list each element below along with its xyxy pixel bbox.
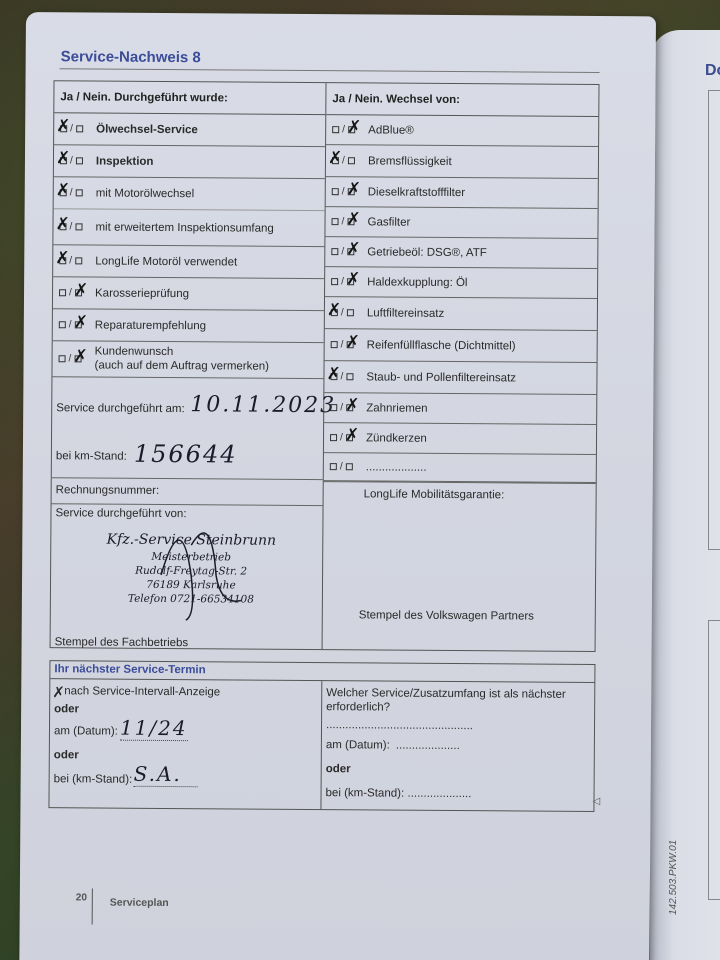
ja-nein-checkboxes: /✗ xyxy=(58,187,96,198)
left-checklist-row: /✗mit Motorölwechsel xyxy=(54,177,325,211)
ja-checkmark-icon: ✗ xyxy=(326,366,340,383)
nein-checkbox[interactable] xyxy=(346,373,353,380)
stamp-line-4: 76189 Karlsruhe xyxy=(91,578,291,594)
stamp-line-3: Rudolf-Freytag-Str. 2 xyxy=(91,564,291,580)
ja-nein-checkboxes: /✗ xyxy=(329,307,367,318)
nein-checkbox[interactable] xyxy=(76,157,83,164)
right-page-title: Do xyxy=(705,62,720,80)
right-column-header: Ja / Nein. Wechsel von: xyxy=(326,83,598,117)
nein-checkmark-icon: ✗ xyxy=(74,314,88,331)
stamp-line-5: Telefon 0721-66534108 xyxy=(91,592,291,608)
nein-checkmark-icon: ✗ xyxy=(346,241,360,258)
left-item-label: Ölwechsel-Service xyxy=(96,123,198,136)
or-label-1: oder xyxy=(54,703,79,715)
ja-nein-checkboxes: /✗ xyxy=(57,353,95,364)
next-date-label: am (Datum): xyxy=(54,725,118,737)
nein-checkbox[interactable] xyxy=(347,309,354,316)
right-checklist-row: /✗Reifenfüllflasche (Dichtmittel) xyxy=(325,329,597,363)
stamp-line-2: Meisterbetrieb xyxy=(91,549,291,565)
slash-separator: / xyxy=(340,461,343,472)
page-turn-triangle-icon: ◁ xyxy=(592,796,600,807)
next-service-section: Ihr nächster Service-Termin ✗ nach Servi… xyxy=(48,660,595,812)
ja-nein-checkboxes: /✗ xyxy=(57,221,95,232)
slash-separator: / xyxy=(340,432,343,443)
slash-separator: / xyxy=(341,246,344,257)
ja-nein-checkboxes: /✗ xyxy=(330,124,368,135)
nein-checkbox[interactable] xyxy=(346,463,353,470)
slash-separator: / xyxy=(340,371,343,382)
right-date-label: am (Datum): xyxy=(326,739,390,751)
left-checklist-row: /✗mit erweitertem Inspektionsumfang xyxy=(53,209,324,247)
ja-checkmark-icon: ✗ xyxy=(327,302,341,319)
nein-checkmark-icon: ✗ xyxy=(74,348,88,365)
slash-separator: / xyxy=(342,124,345,135)
right-item-label: Getriebeöl: DSG®, ATF xyxy=(367,246,487,259)
nein-checkmark-icon: ✗ xyxy=(347,181,361,198)
left-checklist-row: /✗Reparaturempfehlung xyxy=(53,309,324,343)
nein-checkmark-icon: ✗ xyxy=(346,271,360,288)
right-page: Do 142.503.PKW.01 xyxy=(650,30,720,960)
left-checklist-row: /✗Inspektion xyxy=(54,145,325,179)
next-service-dots[interactable]: ........................................… xyxy=(326,719,473,732)
guarantee-label: LongLife Mobilitätsgarantie: xyxy=(364,488,505,501)
ja-nein-checkboxes: / xyxy=(328,461,366,472)
left-checklist-row: /✗Ölwechsel-Service xyxy=(54,113,325,147)
right-km-label: bei (km-Stand): xyxy=(326,787,405,800)
km-label: bei km-Stand: xyxy=(56,450,127,462)
page-title: Service-Nachweis 8 xyxy=(61,48,201,66)
performed-by-block: Service durchgeführt von: Kfz.-Service S… xyxy=(51,504,323,652)
slash-separator: / xyxy=(69,255,72,266)
right-checklist-row: /✗Staub- und Pollenfiltereinsatz xyxy=(324,361,596,395)
nein-checkmark-icon: ✗ xyxy=(345,427,359,444)
right-checklist-row: /✗Luftfiltereinsatz xyxy=(325,297,597,331)
ja-checkbox[interactable] xyxy=(331,248,338,255)
right-checklist-row: /✗AdBlue® xyxy=(326,115,598,147)
left-column: Ja / Nein. Durchgeführt wurde: /✗Ölwechs… xyxy=(51,81,327,649)
right-km-field[interactable]: .................... xyxy=(408,788,472,800)
right-checklist-row: /✗Zahnriemen xyxy=(324,393,596,425)
ja-checkbox[interactable] xyxy=(332,188,339,195)
slash-separator: / xyxy=(340,402,343,413)
slash-separator: / xyxy=(341,339,344,350)
next-km-label: bei (km-Stand): xyxy=(54,773,133,786)
left-item-label: Reparaturempfehlung xyxy=(95,319,206,332)
right-item-label: AdBlue® xyxy=(368,124,414,136)
workshop-stamp-label: Stempel des Fachbetriebs xyxy=(55,636,189,649)
ja-nein-checkboxes: /✗ xyxy=(57,255,95,266)
nein-checkmark-icon: ✗ xyxy=(74,282,88,299)
invoice-number-label: Rechnungsnummer: xyxy=(52,478,323,506)
right-item-label: Zahnriemen xyxy=(366,402,427,414)
service-date-label: Service durchgeführt am: xyxy=(56,402,185,415)
slash-separator: / xyxy=(70,123,73,134)
ja-checkbox[interactable] xyxy=(330,404,337,411)
workshop-stamp: Kfz.-Service Steinbrunn Meisterbetrieb R… xyxy=(91,530,292,607)
ja-checkbox[interactable] xyxy=(59,355,66,362)
ja-checkbox[interactable] xyxy=(332,126,339,133)
ja-checkmark-icon: ✗ xyxy=(56,118,70,135)
right-checklist-row: /✗Zündkerzen xyxy=(324,423,596,455)
ja-checkbox[interactable] xyxy=(332,218,339,225)
nein-checkbox[interactable] xyxy=(75,257,82,264)
left-item-label-wrap: Kundenwunsch(auch auf dem Auftrag vermer… xyxy=(94,345,269,374)
next-service-right: Welcher Service/Zusatzumfang ist als näc… xyxy=(321,681,594,811)
left-item-label: mit erweitertem Inspektionsumfang xyxy=(95,221,273,234)
right-checklist-row: /✗Bremsflüssigkeit xyxy=(326,145,598,179)
or-label-2: oder xyxy=(54,749,79,761)
nein-checkbox[interactable] xyxy=(75,223,82,230)
footer-divider xyxy=(92,888,93,924)
right-item-label: Reifenfüllflasche (Dichtmittel) xyxy=(367,339,516,352)
right-item-label: Dieselkraftstofffilter xyxy=(368,186,465,199)
service-booklet-page: Service-Nachweis 8 Ja / Nein. Durchgefüh… xyxy=(19,12,656,960)
right-date-field[interactable]: .................... xyxy=(396,740,460,752)
ja-nein-checkboxes: /✗ xyxy=(328,371,366,382)
left-checklist-row: /✗Kundenwunsch(auch auf dem Auftrag verm… xyxy=(52,341,323,379)
km-value[interactable]: 156644 xyxy=(134,440,238,469)
nein-checkmark-icon: ✗ xyxy=(347,119,361,136)
ja-nein-checkboxes: /✗ xyxy=(58,123,96,134)
nein-checkmark-icon: ✗ xyxy=(346,334,360,351)
ja-checkmark-icon: ✗ xyxy=(56,182,70,199)
slash-separator: / xyxy=(341,307,344,318)
partner-stamp-label: Stempel des Volkswagen Partners xyxy=(359,609,534,622)
ja-nein-checkboxes: /✗ xyxy=(330,186,368,197)
left-item-label: Inspektion xyxy=(96,155,154,167)
left-item-label: LongLife Motoröl verwendet xyxy=(95,255,237,268)
slash-separator: / xyxy=(70,155,73,166)
ja-checkbox[interactable] xyxy=(331,278,338,285)
interval-label: nach Service-Intervall-Anzeige xyxy=(64,685,220,698)
ja-nein-checkboxes: /✗ xyxy=(329,339,367,350)
service-date-block: Service durchgeführt am: 10.11.2023 bei … xyxy=(52,377,324,480)
right-column: Ja / Nein. Wechsel von: /✗AdBlue®/✗Brems… xyxy=(323,83,599,651)
nein-checkmark-icon: ✗ xyxy=(346,211,360,228)
ja-checkbox[interactable] xyxy=(331,341,338,348)
right-checklist-row: /✗Haldexkupplung: Öl xyxy=(325,267,597,299)
ja-nein-checkboxes: /✗ xyxy=(58,155,96,166)
right-page-box-2 xyxy=(708,620,720,900)
right-item-label: Gasfilter xyxy=(368,216,411,228)
ja-nein-checkboxes: /✗ xyxy=(328,432,366,443)
title-rule xyxy=(60,68,600,73)
nein-checkmark-icon: ✗ xyxy=(345,397,359,414)
ja-checkmark-icon: ✗ xyxy=(328,150,342,167)
ja-nein-checkboxes: /✗ xyxy=(330,216,368,227)
left-checklist-row: /✗Karosserieprüfung xyxy=(53,277,324,311)
ja-checkbox[interactable] xyxy=(330,434,337,441)
service-record-form: Ja / Nein. Durchgeführt wurde: /✗Ölwechs… xyxy=(50,80,600,652)
left-column-header: Ja / Nein. Durchgeführt wurde: xyxy=(54,81,325,115)
ja-nein-checkboxes: /✗ xyxy=(329,246,367,257)
interval-checkmark-icon[interactable]: ✗ xyxy=(52,683,65,701)
right-item-label: ................... xyxy=(366,461,427,473)
right-checklist-row: /✗Gasfilter xyxy=(325,207,597,239)
next-date-value[interactable]: 11/24 xyxy=(120,716,188,741)
right-item-label: Zündkerzen xyxy=(366,432,427,444)
slash-separator: / xyxy=(69,221,72,232)
ja-checkbox[interactable] xyxy=(59,321,66,328)
ja-checkmark-icon: ✗ xyxy=(55,250,69,267)
left-item-label: mit Motorölwechsel xyxy=(96,187,195,200)
next-service-left: ✗ nach Service-Intervall-Anzeige oder am… xyxy=(49,679,322,809)
ja-checkmark-icon: ✗ xyxy=(56,150,70,167)
right-checklist-row: /................... xyxy=(324,453,596,483)
ja-nein-checkboxes: /✗ xyxy=(330,155,368,166)
ja-nein-checkboxes: /✗ xyxy=(328,402,366,413)
slash-separator: / xyxy=(342,216,345,227)
service-date-value[interactable]: 10.11.2023 xyxy=(190,392,336,418)
guarantee-block: LongLife Mobilitätsgarantie: Stempel des… xyxy=(323,481,596,625)
footer-section-title: Serviceplan xyxy=(110,897,169,909)
right-page-box xyxy=(708,90,720,550)
nein-checkbox[interactable] xyxy=(76,125,83,132)
right-item-label: Bremsflüssigkeit xyxy=(368,155,452,168)
left-item-label-note: (auch auf dem Auftrag vermerken) xyxy=(94,359,269,374)
slash-separator: / xyxy=(70,187,73,198)
stamp-line-1: Kfz.-Service Steinbrunn xyxy=(91,530,291,550)
ja-nein-checkboxes: /✗ xyxy=(57,287,95,298)
right-or-label: oder xyxy=(326,763,351,775)
left-checklist-row: /✗LongLife Motoröl verwendet xyxy=(53,245,324,279)
left-item-label: Kundenwunsch xyxy=(95,345,270,360)
slash-separator: / xyxy=(342,155,345,166)
ja-checkbox[interactable] xyxy=(330,463,337,470)
nein-checkbox[interactable] xyxy=(75,189,82,196)
slash-separator: / xyxy=(341,276,344,287)
right-item-label: Luftfiltereinsatz xyxy=(367,307,444,320)
document-code: 142.503.PKW.01 xyxy=(668,835,679,915)
ja-nein-checkboxes: /✗ xyxy=(57,319,95,330)
next-km-value[interactable]: S.A. xyxy=(134,762,198,787)
page-number: 20 xyxy=(76,892,87,903)
ja-checkbox[interactable] xyxy=(59,289,66,296)
right-item-label: Haldexkupplung: Öl xyxy=(367,276,467,289)
slash-separator: / xyxy=(69,287,72,298)
right-checklist-row: /✗Dieselkraftstofffilter xyxy=(326,177,598,209)
slash-separator: / xyxy=(342,186,345,197)
slash-separator: / xyxy=(69,353,72,364)
next-service-question: Welcher Service/Zusatzumfang ist als näc… xyxy=(326,687,576,716)
slash-separator: / xyxy=(69,319,72,330)
ja-checkmark-icon: ✗ xyxy=(55,216,69,233)
nein-checkbox[interactable] xyxy=(348,157,355,164)
ja-nein-checkboxes: /✗ xyxy=(329,276,367,287)
left-item-label: Karosserieprüfung xyxy=(95,287,189,300)
right-checklist-row: /✗Getriebeöl: DSG®, ATF xyxy=(325,237,597,269)
right-item-label: Staub- und Pollenfiltereinsatz xyxy=(366,371,516,384)
